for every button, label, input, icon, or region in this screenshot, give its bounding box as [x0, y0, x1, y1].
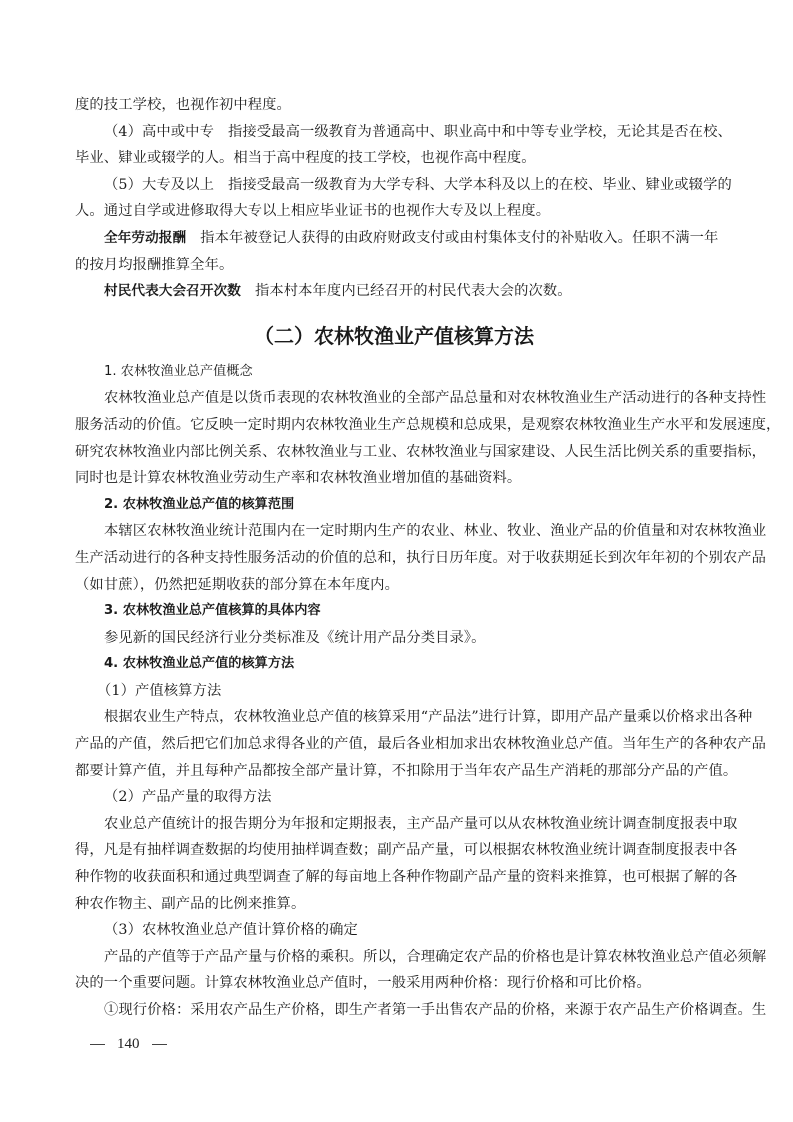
body-line: 都要计算产值，并且每种产品都按全部产量计算，不扣除用于当年农产品生产消耗的那部分… — [75, 758, 717, 785]
page-number-dash-left — [90, 1044, 105, 1045]
subsection-heading-4-1: （1）产值核算方法 — [75, 678, 717, 705]
body-line: 产品的产值，然后把它们加总求得各业的产值，最后各业相加求出农林牧渔业总产值。当年… — [75, 731, 717, 758]
definition-term: 村民代表大会召开次数 — [104, 283, 241, 299]
subsection-heading-4-2: （2）产品产量的取得方法 — [75, 784, 717, 811]
body-line: （如甘蔗），仍然把延期收获的部分算在本年度内。 — [75, 572, 717, 599]
body-line: 生产活动进行的各种支持性服务活动的价值的总和，执行日历年度。对于收获期延长到次年… — [75, 545, 717, 572]
body-line: 种作物的收获面积和通过典型调查了解的每亩地上各种作物副产品产量的资料来推算，也可… — [75, 864, 717, 891]
body-line: 产品的产值等于产品产量与价格的乘积。所以，合理确定农产品的价格也是计算农林牧渔业… — [75, 944, 717, 971]
subsection-heading-4-3: （3）农林牧渔业总产值计算价格的确定 — [75, 917, 717, 944]
page-number: 140 — [117, 1036, 140, 1053]
edu-item-high-school-line2: 毕业、肄业或辍学的人。相当于高中程度的技工学校，也视作高中程度。 — [75, 145, 717, 172]
edu-item-high-school-line1: （4）高中或中专指接受最高一级教育为普通高中、职业高中和中等专业学校，无论其是否… — [75, 119, 717, 146]
definition-annual-pay-line2: 的按月均报酬推算全年。 — [75, 252, 717, 279]
continued-text-line: 度的技工学校，也视作初中程度。 — [75, 92, 717, 119]
page-number-dash-right — [152, 1044, 167, 1045]
body-line: 决的一个重要问题。计算农林牧渔业总产值时，一般采用两种价格：现行价格和可比价格。 — [75, 970, 717, 997]
section-title: （二）农林牧渔业产值核算方法 — [75, 313, 717, 359]
definition-text: 指本村本年度内已经召开的村民代表大会的次数。 — [255, 283, 572, 299]
body-line: 参见新的国民经济行业分类标准及《统计用产品分类目录》。 — [75, 625, 717, 652]
section-heading-2: 2. 农林牧渔业总产值的核算范围 — [75, 492, 717, 519]
section-heading-3: 3. 农林牧渔业总产值核算的具体内容 — [75, 598, 717, 625]
document-page: 度的技工学校，也视作初中程度。 （4）高中或中专指接受最高一级教育为普通高中、职… — [75, 92, 717, 1024]
section-heading-4: 4. 农林牧渔业总产值的核算方法 — [75, 651, 717, 678]
body-line: 种农作物主、副产品的比例来推算。 — [75, 891, 717, 918]
body-line: 本辖区农林牧渔业统计范围内在一定时期内生产的农业、林业、牧业、渔业产品的价值量和… — [75, 518, 717, 545]
body-line: ①现行价格：采用农产品生产价格，即生产者第一手出售农产品的价格，来源于农产品生产… — [75, 997, 717, 1024]
body-line: 研究农林牧渔业内部比例关系、农林牧渔业与工业、农林牧渔业与国家建设、人民生活比例… — [75, 439, 717, 466]
edu-item-label: （5）大专及以上 — [104, 177, 214, 193]
edu-item-college-line2: 人。通过自学或进修取得大专以上相应毕业证书的也视作大专及以上程度。 — [75, 198, 717, 225]
body-line: 同时也是计算农林牧渔业劳动生产率和农林牧渔业增加值的基础资料。 — [75, 465, 717, 492]
edu-item-text: 指接受最高一级教育为大学专科、大学本科及以上的在校、毕业、肄业或辍学的 — [228, 177, 732, 193]
body-line: 服务活动的价值。它反映一定时期内农林牧渔业生产总规模和总成果，是观察农林牧渔业生… — [75, 412, 717, 439]
definition-text: 指本年被登记人获得的由政府财政支付或由村集体支付的补贴收入。任职不满一年 — [200, 230, 718, 246]
body-line: 得，凡是有抽样调查数据的均使用抽样调查数；副产品产量，可以根据农林牧渔业统计调查… — [75, 837, 717, 864]
edu-item-college-line1: （5）大专及以上指接受最高一级教育为大学专科、大学本科及以上的在校、毕业、肄业或… — [75, 172, 717, 199]
body-line: 农林牧渔业总产值是以货币表现的农林牧渔业的全部产品总量和对农林牧渔业生产活动进行… — [75, 385, 717, 412]
definition-meeting-count: 村民代表大会召开次数指本村本年度内已经召开的村民代表大会的次数。 — [75, 278, 717, 305]
section-heading-1: 1. 农林牧渔业总产值概念 — [75, 359, 717, 386]
body-line: 农业总产值统计的报告期分为年报和定期报表，主产品产量可以从农林牧渔业统计调查制度… — [75, 811, 717, 838]
edu-item-text: 指接受最高一级教育为普通高中、职业高中和中等专业学校，无论其是否在校、 — [228, 124, 732, 140]
definition-annual-pay-line1: 全年劳动报酬指本年被登记人获得的由政府财政支付或由村集体支付的补贴收入。任职不满… — [75, 225, 717, 252]
edu-item-label: （4）高中或中专 — [104, 124, 214, 140]
definition-term: 全年劳动报酬 — [104, 230, 186, 246]
body-line: 根据农业生产特点，农林牧渔业总产值的核算采用“产品法”进行计算，即用产品产量乘以… — [75, 704, 717, 731]
page-footer: 140 — [90, 1036, 167, 1053]
